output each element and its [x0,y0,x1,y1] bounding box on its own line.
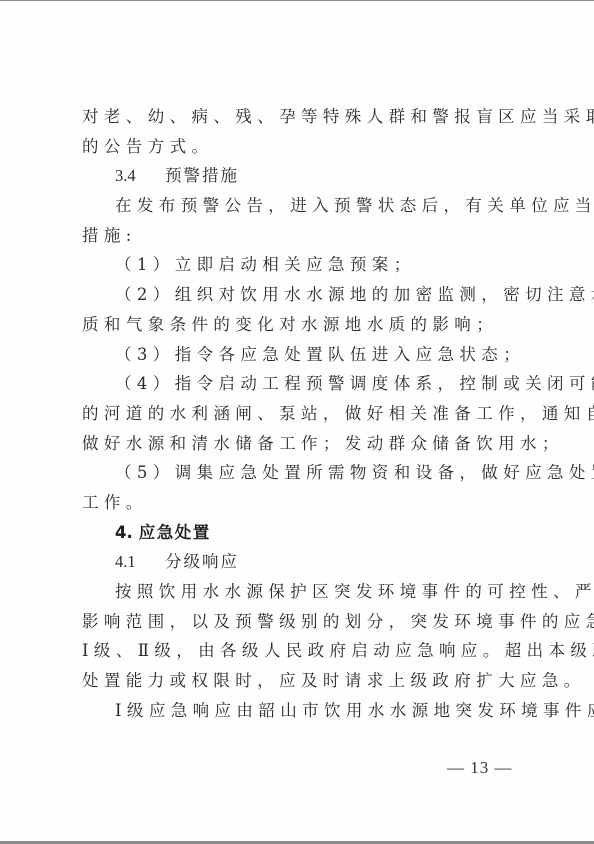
document-body: 对老、幼、病、残、孕等特殊人群和警报盲区应当采取有针对性 的公告方式。 3.4预… [82,102,530,725]
text-line: 措施: [82,221,530,251]
list-item-5: （5）调集应急处置所需物资和设备，做好应急处置的保障 [82,458,530,488]
section-title: 应急处置 [139,523,211,542]
text-line: 的河道的水利涵闸、泵站，做好相关准备工作，通知自来水公司 [82,399,530,429]
section-heading-3-4: 3.4预警措施 [82,161,530,191]
text-line: 按照饮用水水源保护区突发环境事件的可控性、严重程度和 [82,577,530,607]
section-number: 4. [115,523,133,542]
text-line: 在发布预警公告，进入预警状态后，有关单位应当采取以下 [82,191,530,221]
text-line: 做好水源和清水储备工作；发动群众储备饮用水； [82,429,530,459]
section-number: 3.4 [115,161,165,191]
text-line: 的公告方式。 [82,132,530,162]
text-line: Ⅰ级应急响应由韶山市饮用水水源地突发环境事件应急指挥 [82,696,530,726]
section-title: 预警措施 [165,166,239,185]
document-page: 对老、幼、病、残、孕等特殊人群和警报盲区应当采取有针对性 的公告方式。 3.4预… [0,0,594,844]
text-line: 对老、幼、病、残、孕等特殊人群和警报盲区应当采取有针对性 [82,102,530,132]
section-title: 分级响应 [165,552,239,571]
text-line: 影响范围，以及预警级别的划分，突发环境事件的应急响应分为 [82,607,530,637]
list-item-1: （1）立即启动相关应急预案； [82,250,530,280]
text-line: 质和气象条件的变化对水源地水质的影响； [82,310,530,340]
list-item-3: （3）指令各应急处置队伍进入应急状态； [82,340,530,370]
list-item-4: （4）指令启动工程预警调度体系，控制或关闭可能受污染 [82,369,530,399]
text-line: Ⅰ级、Ⅱ级，由各级人民政府启动应急响应。超出本级政府应急 [82,636,530,666]
text-line: 工作。 [82,488,530,518]
page-number: — 13 — [447,758,513,778]
text-line: 处置能力或权限时，应及时请求上级政府扩大应急。 [82,666,530,696]
section-heading-4: 4.应急处置 [82,518,530,548]
list-item-2: （2）组织对饮用水水源地的加密监测，密切注意水文、水 [82,280,530,310]
section-heading-4-1: 4.1分级响应 [82,547,530,577]
section-number: 4.1 [115,547,165,577]
